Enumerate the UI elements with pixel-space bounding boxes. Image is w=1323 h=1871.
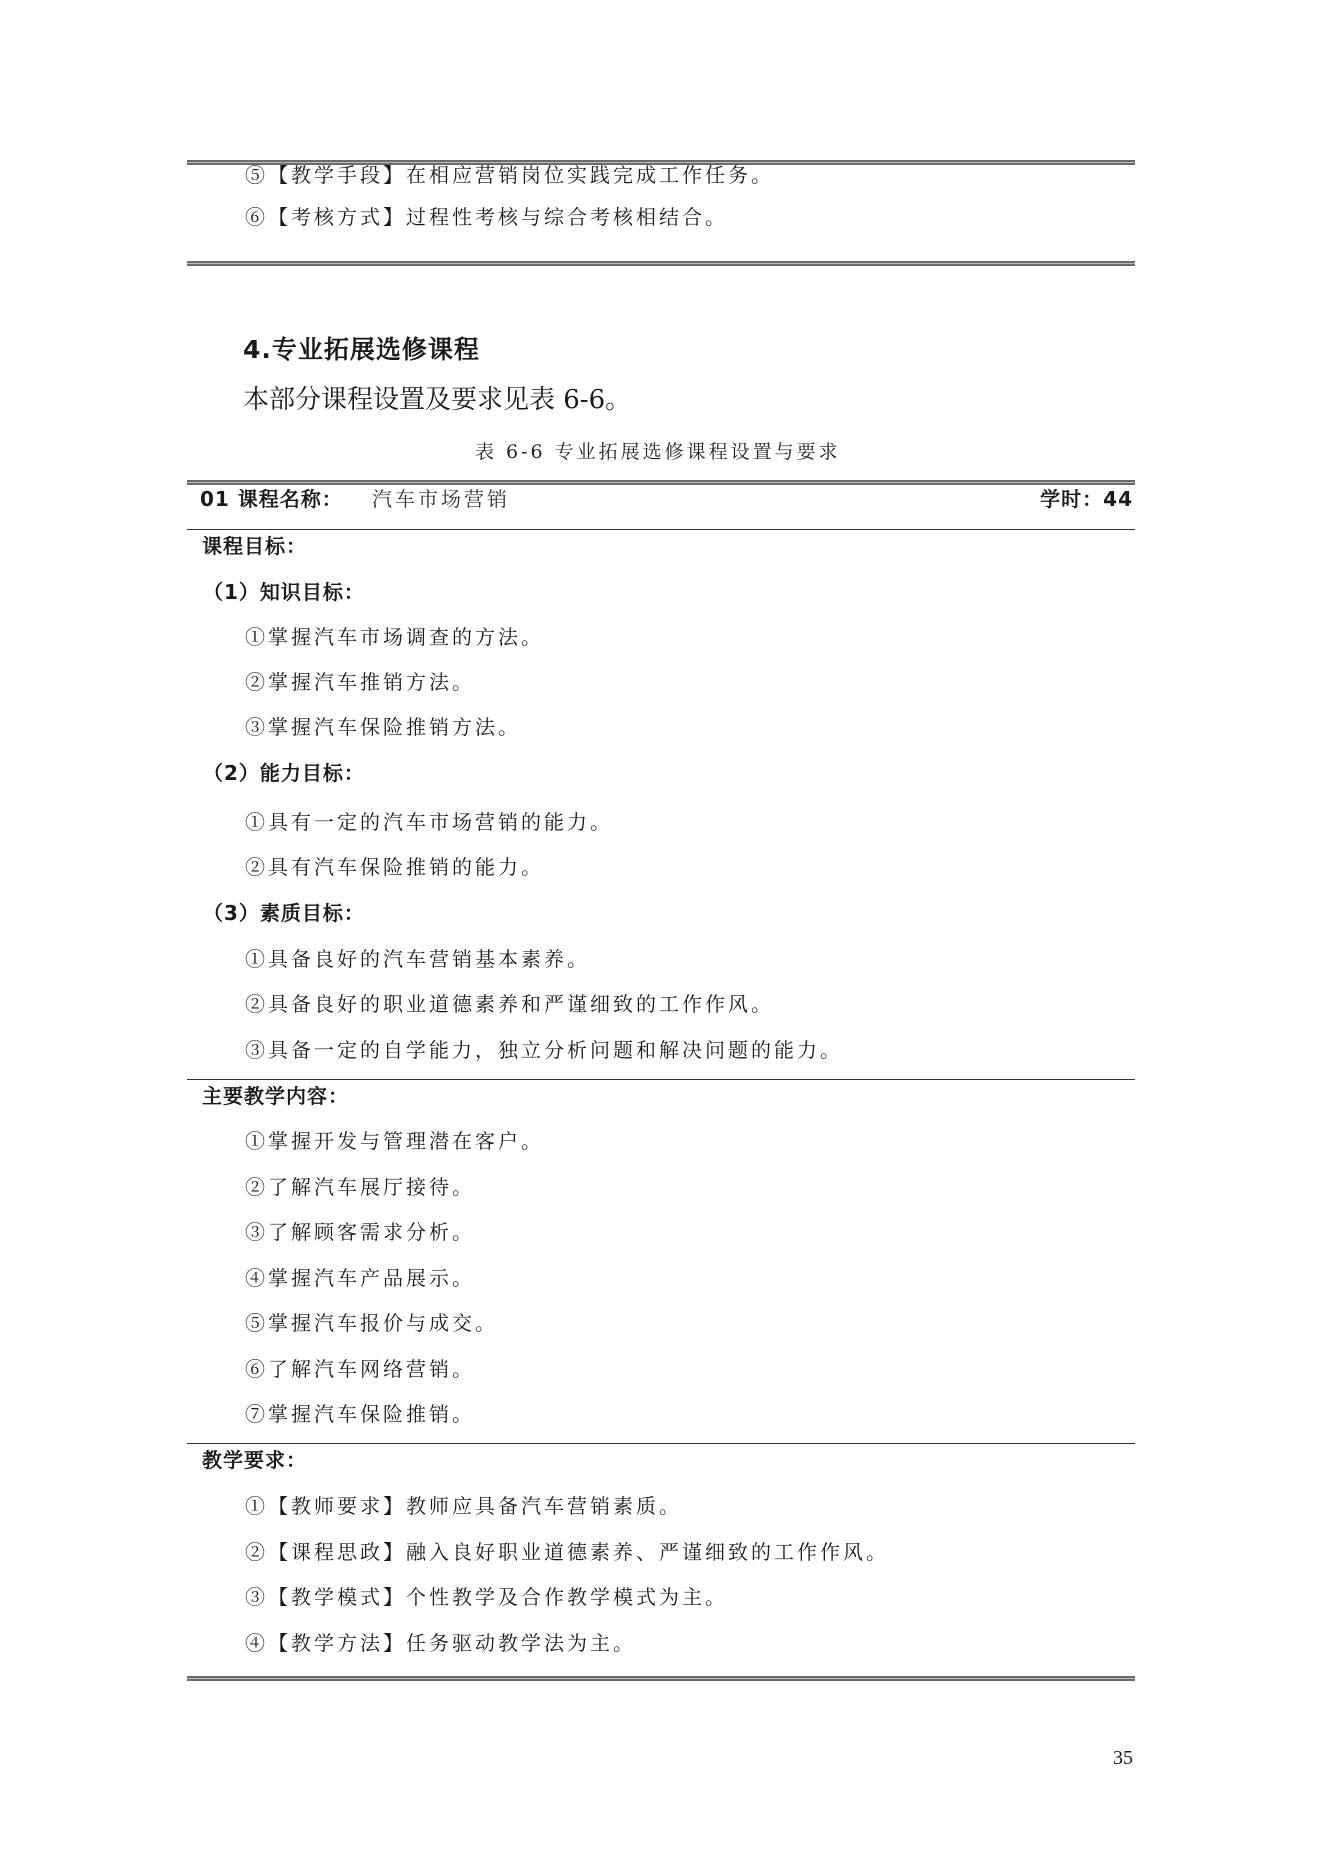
course-name-label: 01 课程名称： xyxy=(200,487,343,511)
knowledge-item: ②掌握汽车推销方法。 xyxy=(245,670,475,694)
prev-table-bottom-border xyxy=(187,261,1135,266)
requirement-item: ③【教学模式】个性教学及合作教学模式为主。 xyxy=(245,1585,728,1609)
ability-item: ①具有一定的汽车市场营销的能力。 xyxy=(245,810,613,834)
knowledge-item: ③掌握汽车保险推销方法。 xyxy=(245,715,521,739)
ability-goals-title: （2）能力目标： xyxy=(203,761,365,785)
quality-goals-title: （3）素质目标： xyxy=(203,901,365,925)
goals-title: 课程目标： xyxy=(202,534,307,558)
course-name: 汽车市场营销 xyxy=(372,487,510,511)
prev-item-6: ⑥【考核方式】过程性考核与综合考核相结合。 xyxy=(245,205,728,229)
content-item: ⑥了解汽车网络营销。 xyxy=(245,1357,475,1381)
section-heading: 4.专业拓展选修课程 xyxy=(243,335,480,365)
page-number: 35 xyxy=(1113,1746,1133,1770)
prev-item-5: ⑤【教学手段】在相应营销岗位实践完成工作任务。 xyxy=(245,163,774,187)
requirement-item: ①【教师要求】教师应具备汽车营销素质。 xyxy=(245,1494,682,1518)
content-item: ⑦掌握汽车保险推销。 xyxy=(245,1402,475,1426)
row-divider xyxy=(187,1443,1135,1444)
requirement-item: ②【课程思政】融入良好职业道德素养、严谨细致的工作作风。 xyxy=(245,1540,889,1564)
content-item: ④掌握汽车产品展示。 xyxy=(245,1266,475,1290)
knowledge-goals-title: （1）知识目标： xyxy=(203,580,365,604)
quality-item: ①具备良好的汽车营销基本素养。 xyxy=(245,947,590,971)
content-item: ③了解顾客需求分析。 xyxy=(245,1220,475,1244)
requirements-title: 教学要求： xyxy=(202,1448,307,1472)
section-intro: 本部分课程设置及要求见表 6-6。 xyxy=(243,385,631,415)
row-divider xyxy=(187,529,1135,530)
requirement-item: ④【教学方法】任务驱动教学法为主。 xyxy=(245,1631,636,1655)
content-item: ①掌握开发与管理潜在客户。 xyxy=(245,1129,544,1153)
course-table-top-border xyxy=(187,480,1135,485)
knowledge-item: ①掌握汽车市场调查的方法。 xyxy=(245,625,544,649)
ability-item: ②具有汽车保险推销的能力。 xyxy=(245,855,544,879)
table-caption: 表 6-6 专业拓展选修课程设置与要求 xyxy=(475,440,841,464)
course-table-bottom-border xyxy=(187,1676,1135,1681)
row-divider xyxy=(187,1079,1135,1080)
course-hours: 学时：44 xyxy=(1040,487,1133,511)
content-title: 主要教学内容： xyxy=(202,1084,349,1108)
content-item: ②了解汽车展厅接待。 xyxy=(245,1175,475,1199)
quality-item: ③具备一定的自学能力，独立分析问题和解决问题的能力。 xyxy=(245,1038,843,1062)
quality-item: ②具备良好的职业道德素养和严谨细致的工作作风。 xyxy=(245,992,774,1016)
content-item: ⑤掌握汽车报价与成交。 xyxy=(245,1311,498,1335)
